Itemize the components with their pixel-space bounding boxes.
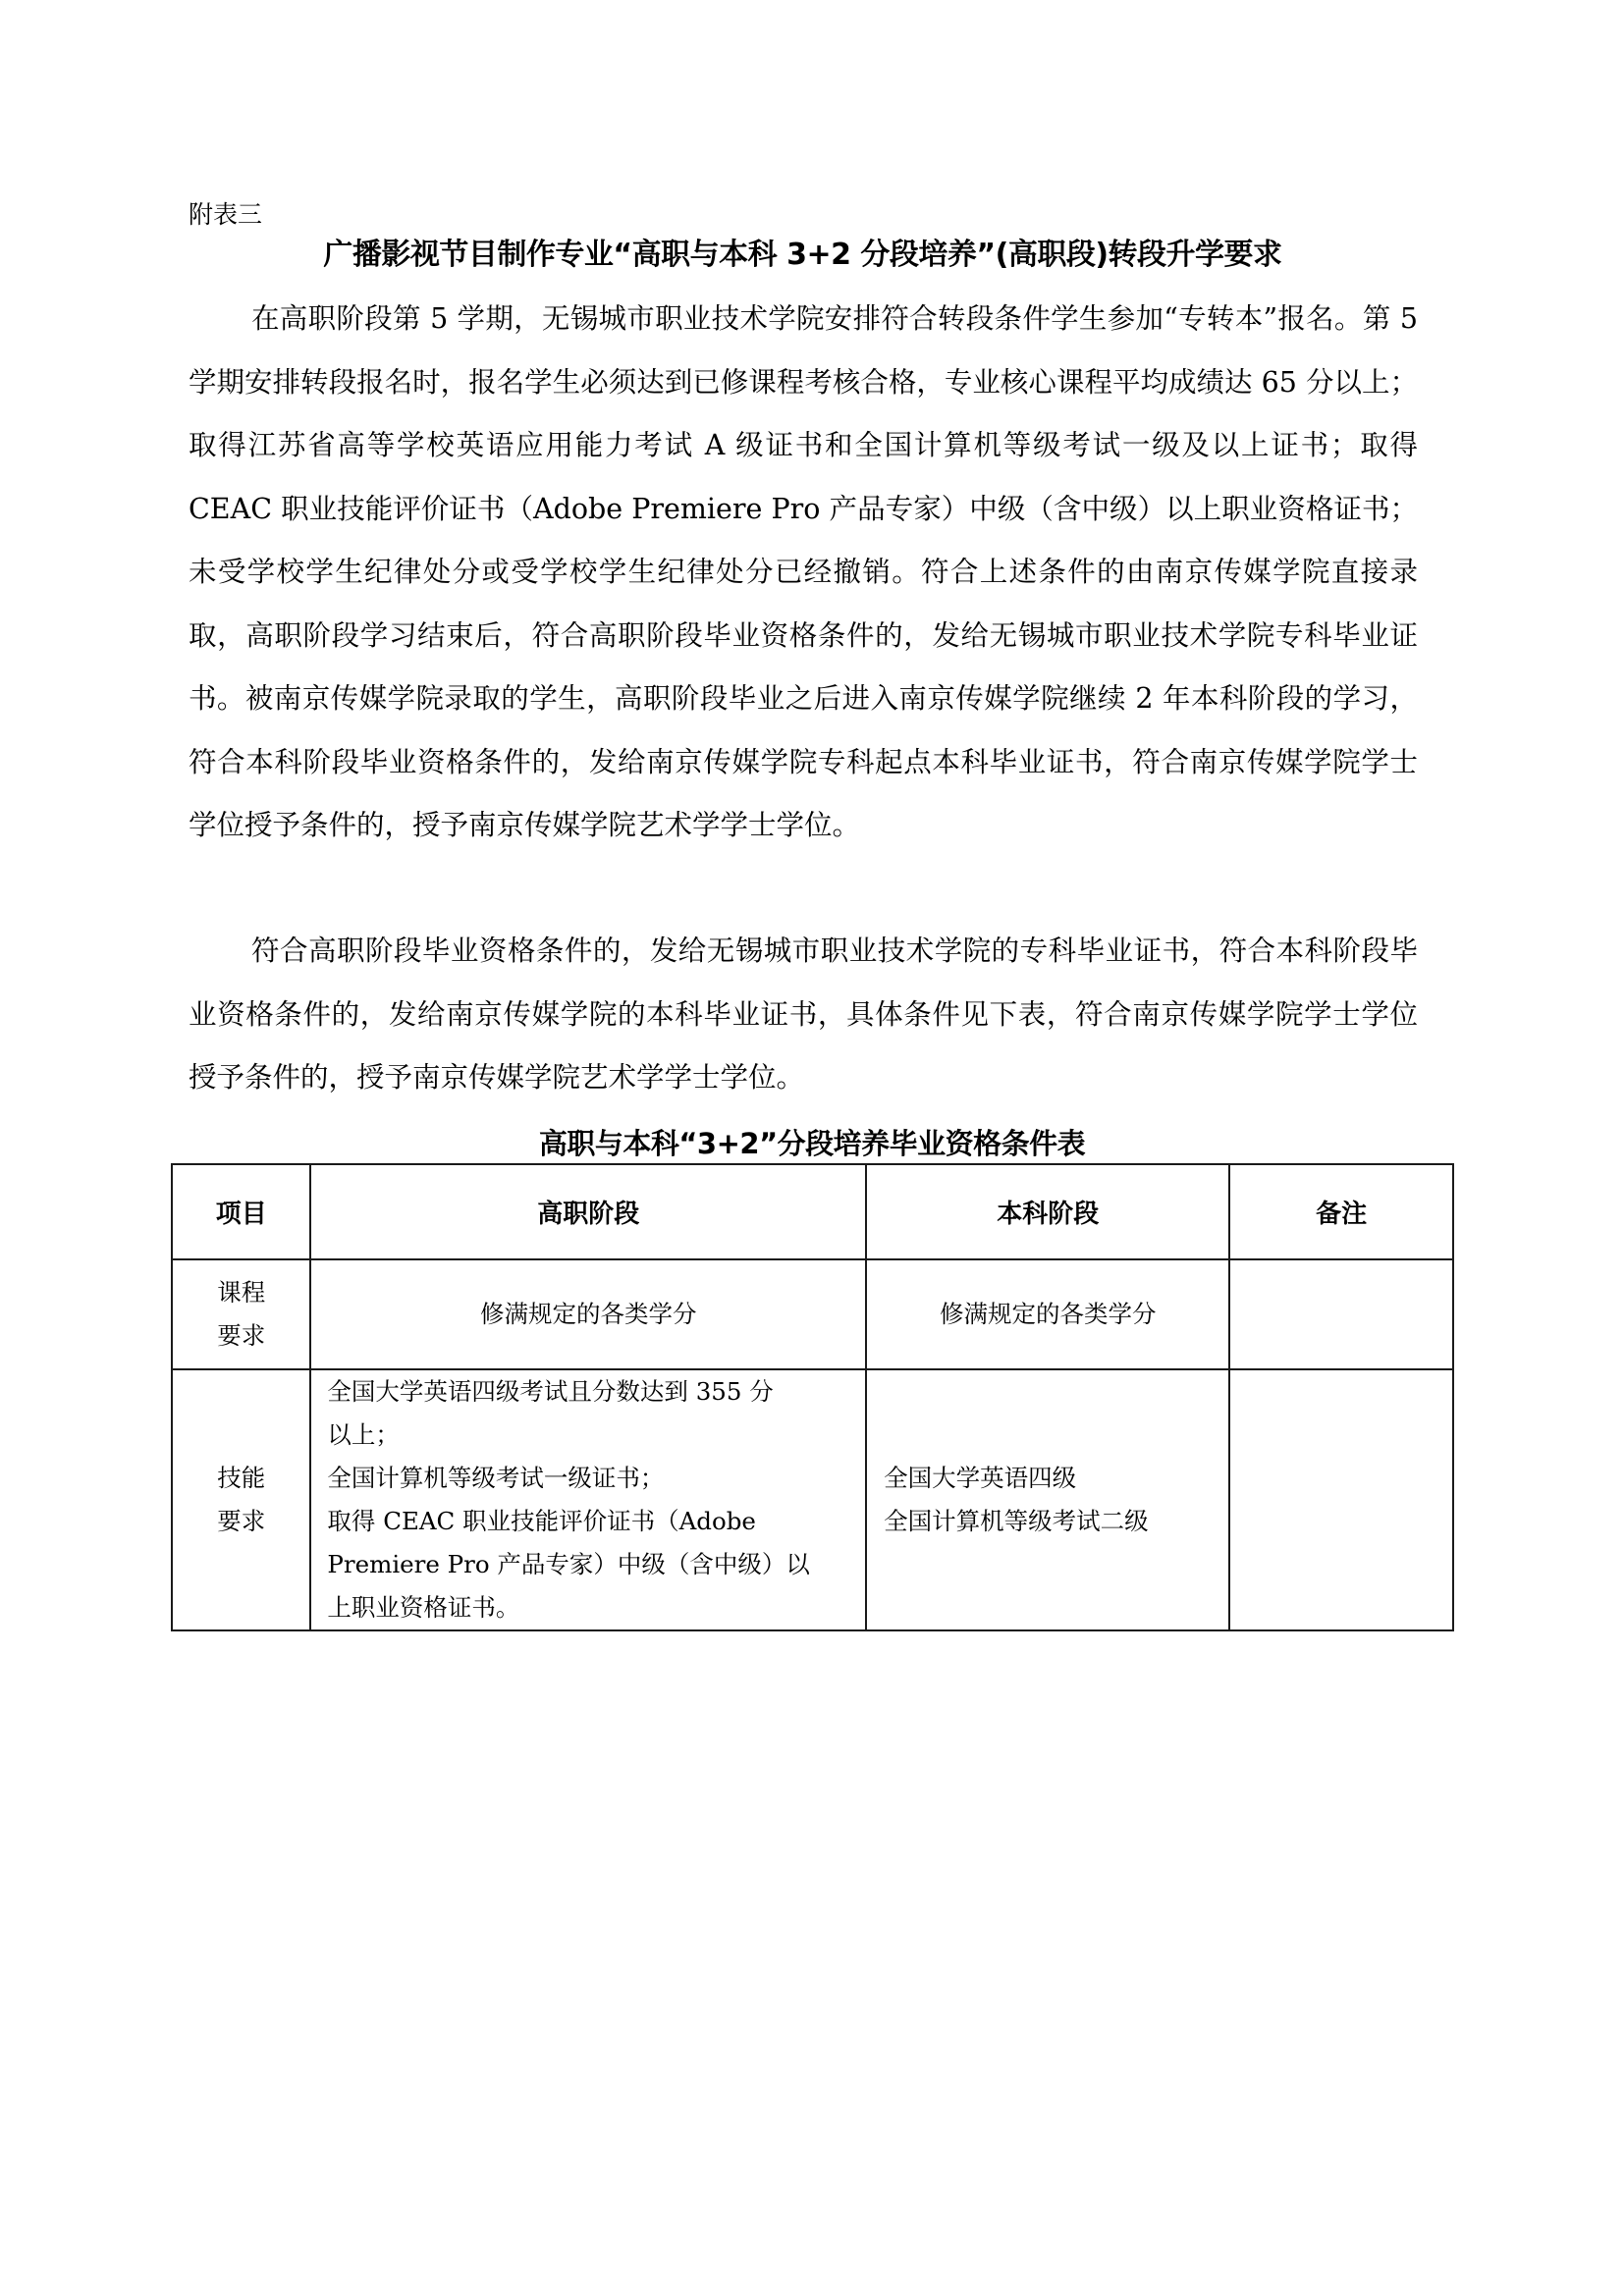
- table-title: 高职与本科“3+2”分段培养毕业资格条件表: [171, 1125, 1453, 1162]
- skill-line: 全国计算机等级考试二级: [884, 1500, 1218, 1543]
- header-remarks: 备注: [1229, 1164, 1453, 1259]
- cell-remarks-course: [1229, 1259, 1453, 1369]
- row-item-course: 课程 要求: [172, 1259, 310, 1369]
- cell-vocational-skill: 全国大学英语四级考试且分数达到 355 分 以上； 全国计算机等级考试一级证书；…: [310, 1369, 866, 1630]
- skill-line: 上职业资格证书。: [327, 1586, 855, 1629]
- body-paragraph-2: 符合高职阶段毕业资格条件的，发给无锡城市职业技术学院的专科毕业证书，符合本科阶段…: [189, 920, 1418, 1110]
- document-page: 附表三 广播影视节目制作专业“高职与本科 3+2 分段培养”(高职段)转段升学要…: [0, 0, 1624, 2296]
- document-title: 广播影视节目制作专业“高职与本科 3+2 分段培养”(高职段)转段升学要求: [189, 236, 1417, 275]
- cell-vocational-course: 修满规定的各类学分: [310, 1259, 866, 1369]
- table-row-course-requirements: 课程 要求 修满规定的各类学分 修满规定的各类学分: [172, 1259, 1453, 1369]
- body-paragraph-1: 在高职阶段第 5 学期，无锡城市职业技术学院安排符合转段条件学生参加“专转本”报…: [189, 288, 1418, 858]
- skill-line: 全国计算机等级考试一级证书；: [327, 1457, 855, 1500]
- item-line: 课程: [173, 1271, 309, 1314]
- cell-undergraduate-course: 修满规定的各类学分: [866, 1259, 1229, 1369]
- skill-line: 以上；: [327, 1414, 855, 1457]
- header-vocational-stage: 高职阶段: [310, 1164, 866, 1259]
- item-line: 要求: [173, 1500, 309, 1543]
- cell-undergraduate-skill: 全国大学英语四级 全国计算机等级考试二级: [866, 1369, 1229, 1630]
- skill-line: Premiere Pro 产品专家）中级（含中级）以: [327, 1543, 855, 1586]
- skill-line: 取得 CEAC 职业技能评价证书（Adobe: [327, 1500, 855, 1543]
- table-header-row: 项目 高职阶段 本科阶段 备注: [172, 1164, 1453, 1259]
- header-item: 项目: [172, 1164, 310, 1259]
- item-line: 要求: [173, 1314, 309, 1358]
- row-item-skill: 技能 要求: [172, 1369, 310, 1630]
- header-undergraduate-stage: 本科阶段: [866, 1164, 1229, 1259]
- attachment-label: 附表三: [189, 198, 262, 232]
- cell-remarks-skill: [1229, 1369, 1453, 1630]
- skill-line: 全国大学英语四级考试且分数达到 355 分: [327, 1370, 855, 1414]
- graduation-requirements-table: 项目 高职阶段 本科阶段 备注 课程 要求 修满规定的各类学分 修满规定的各类学…: [171, 1163, 1454, 1631]
- skill-line: 全国大学英语四级: [884, 1457, 1218, 1500]
- item-line: 技能: [173, 1457, 309, 1500]
- table-row-skill-requirements: 技能 要求 全国大学英语四级考试且分数达到 355 分 以上； 全国计算机等级考…: [172, 1369, 1453, 1630]
